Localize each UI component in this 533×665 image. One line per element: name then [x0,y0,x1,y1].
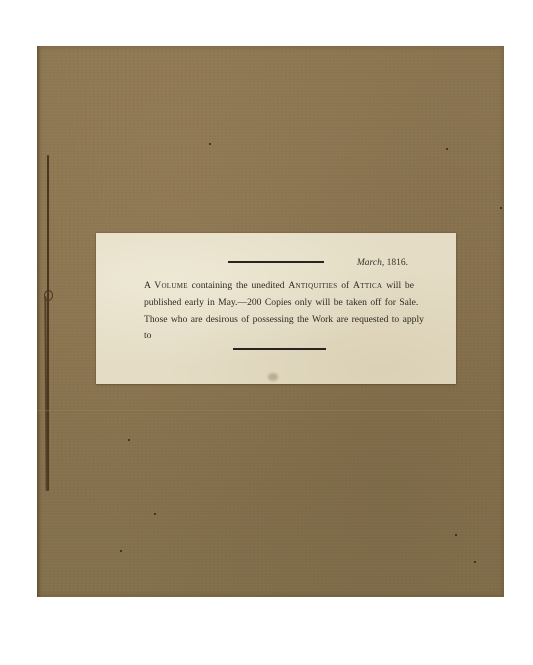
bottom-rule [233,348,326,350]
label-line-4: to [144,328,414,345]
label-line-1: A Volume containing the unedited Antiqui… [144,278,414,295]
ink-speck [446,148,448,150]
ink-speck [455,534,457,536]
ink-speck [500,207,502,209]
ink-speck [209,143,211,145]
label-body-text: A Volume containing the unedited Antiqui… [144,278,414,345]
smallcaps-volume: Volume [154,280,188,291]
smallcaps-attica: Attica [353,280,382,291]
ink-speck [474,561,476,563]
top-rule [228,261,324,263]
smallcaps-antiquities: Antiquities [288,280,337,291]
booklet-cover: March, 1816. A Volume containing the une… [37,46,504,597]
binding-knot [44,290,53,301]
label-line-2: published early in May.—200 Copies only … [144,295,414,312]
label-stain [268,373,278,381]
label-line-3: Those who are desirous of possessing the… [144,312,414,329]
ink-speck [154,513,156,515]
ink-speck [120,550,122,552]
date-month: March [357,258,382,268]
ink-speck [128,439,130,441]
cover-crease [37,410,504,412]
date-year: , 1816. [382,258,408,268]
spine-edge [37,46,41,597]
printed-label: March, 1816. A Volume containing the une… [96,233,456,384]
label-date: March, 1816. [357,258,408,268]
